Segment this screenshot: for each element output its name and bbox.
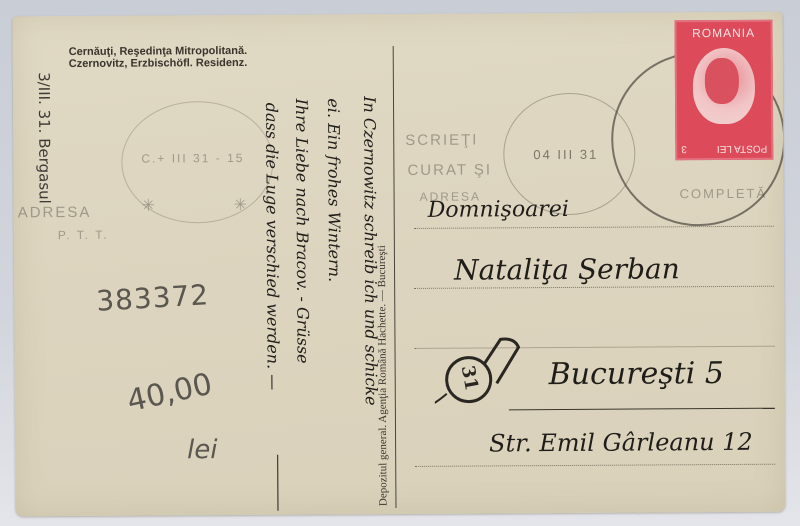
arrival-stamp-number: 31 xyxy=(457,364,482,392)
post-horn-stamp-icon xyxy=(434,333,524,414)
star-icon: ✳ xyxy=(234,195,250,215)
address-line xyxy=(414,226,774,229)
address-street: Str. Emil Gârleanu 12 xyxy=(489,428,753,458)
message-line: ei. Ein frohes Wintern. xyxy=(324,98,344,282)
caption-german: Czernovitz, Erzbischöfl. Residenz. xyxy=(69,57,248,70)
address-salutation: Domnişoarei xyxy=(428,197,569,223)
pencil-currency: lei xyxy=(187,435,218,465)
message-line: In Czernowitz schreib ich und schicke xyxy=(360,96,381,405)
message-line: Ihre Liebe nach Bracov. - Grüsse xyxy=(292,99,313,364)
stamp-bottom: POSTA LEI 3 xyxy=(681,143,767,155)
cancel-ptt: P. T. T. xyxy=(58,228,109,242)
cancel-adresa: ADRESA xyxy=(18,204,92,221)
star-icon: ✳ xyxy=(142,195,158,215)
stamp-king-head xyxy=(705,58,739,104)
address-name: Nataliţa Şerban xyxy=(454,252,680,286)
cancel-curat: CURAT ŞI xyxy=(407,161,492,179)
message: In Czernowitz schreib ich und schicke ei… xyxy=(12,12,782,17)
cancel-scrieti: SCRIEŢI xyxy=(405,132,478,149)
postcard-back: Cernăuţi, Reşedinţa Mitropolitană. Czern… xyxy=(12,12,785,517)
stamp-denomination: 3 xyxy=(681,143,687,154)
stamp-posta-lei: POSTA LEI xyxy=(717,143,767,154)
postmark-date: 04 III 31 xyxy=(533,147,598,162)
address-underline xyxy=(509,408,775,411)
pencil-date-note: 3/III. 31. Bergasul xyxy=(35,72,54,204)
stamp-country: ROMANIA xyxy=(675,26,773,41)
postage-stamp: ROMANIA POSTA LEI 3 xyxy=(675,20,774,161)
address-city: Bucureşti 5 xyxy=(549,356,724,392)
address-line xyxy=(415,464,775,467)
pencil-price: 40,00 xyxy=(124,367,215,420)
pencil-number: 383372 xyxy=(95,278,210,318)
center-divider xyxy=(393,46,397,508)
message-underline xyxy=(277,455,278,511)
caption-romanian: Cernăuţi, Reşedinţa Mitropolitană. xyxy=(69,45,248,58)
message-line: dass die Luge verschied werden. — xyxy=(262,103,283,391)
